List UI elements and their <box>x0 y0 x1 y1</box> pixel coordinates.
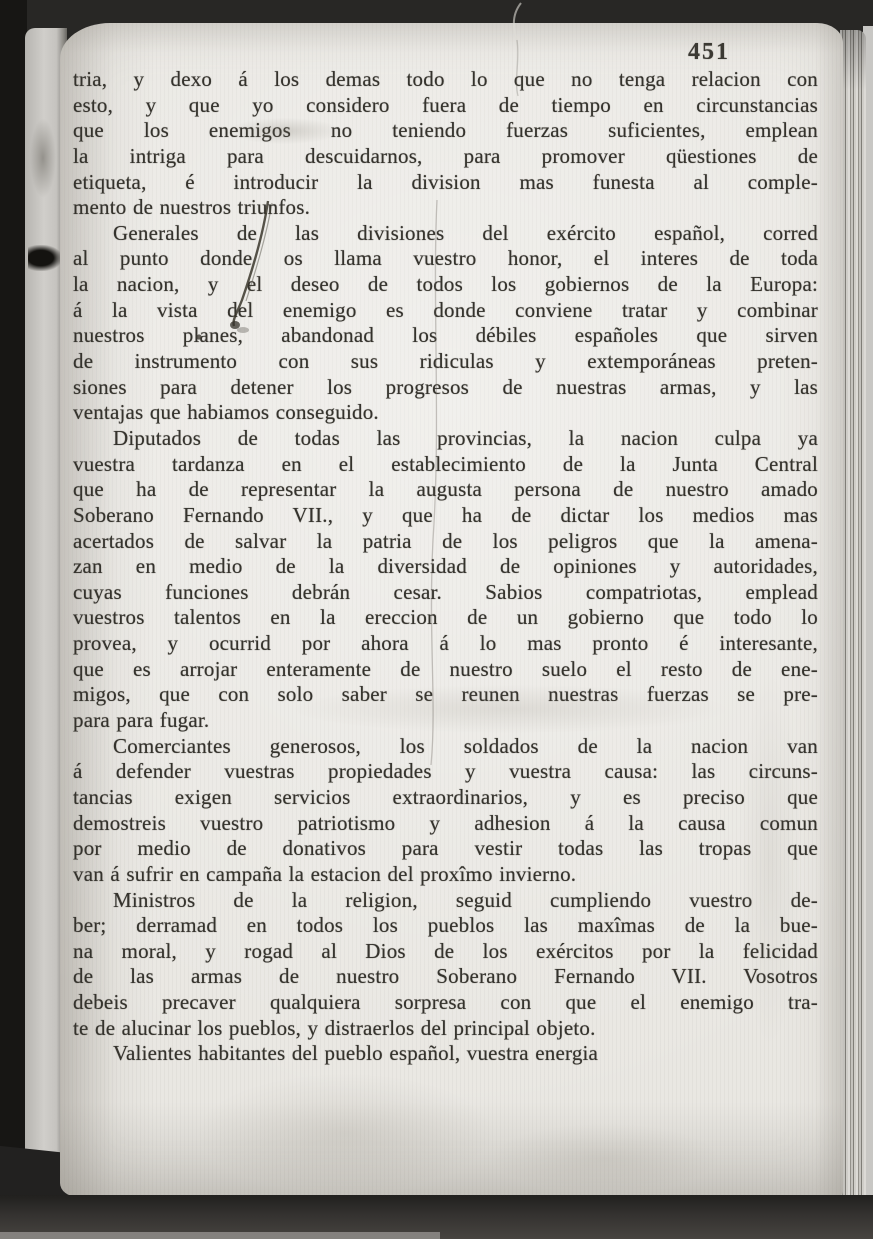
text-line: Diputados de todas las provincias, la na… <box>73 426 818 452</box>
text-line: al punto donde os llama vuestro honor, e… <box>73 246 818 272</box>
text-line: ber; derramad en todos los pueblos las m… <box>73 913 818 939</box>
text-line: tria, y dexo á los demas todo lo que no … <box>73 67 818 93</box>
text-line: cuyas funciones debrán cesar. Sabios com… <box>73 580 818 606</box>
text-line: van á sufrir en campaña la estacion del … <box>73 862 818 888</box>
book-scan: 451 tria, y dexo á los demas todo lo que… <box>0 0 873 1239</box>
text-line: zan en medio de la diversidad de opinion… <box>73 554 818 580</box>
text-line: tancias exigen servicios extraordinarios… <box>73 785 818 811</box>
paper-stain <box>195 1073 495 1193</box>
text-line: que los enemigos no teniendo fuerzas suf… <box>73 118 818 144</box>
text-line: acertados de salvar la patria de los pel… <box>73 529 818 555</box>
text-line: debeis precaver qualquiera sorpresa con … <box>73 990 818 1016</box>
text-line: te de alucinar los pueblos, y distraerlo… <box>73 1016 818 1042</box>
text-line: Comerciantes generosos, los soldados de … <box>73 734 818 760</box>
text-line: mento de nuestros triunfos. <box>73 195 818 221</box>
bottom-edge-highlight <box>0 1232 440 1239</box>
text-line: la intriga para descuidarnos, para promo… <box>73 144 818 170</box>
text-line: á la vista del enemigo es donde conviene… <box>73 298 818 324</box>
text-line: nuestros planes, abandonad los débiles e… <box>73 323 818 349</box>
text-line: provea, y ocurrid por ahora á lo mas pro… <box>73 631 818 657</box>
text-line: siones para detener los progresos de nue… <box>73 375 818 401</box>
page-number: 451 <box>688 39 730 66</box>
page-stack-edge <box>840 30 866 1203</box>
gutter-ink-blob <box>28 245 62 271</box>
text-line: que es arrojar enteramente de nuestro su… <box>73 657 818 683</box>
text-line: Soberano Fernando VII., y que ha de dict… <box>73 503 818 529</box>
text-line: vuestros talentos en la ereccion de un g… <box>73 605 818 631</box>
text-line: etiqueta, é introducir la division mas f… <box>73 170 818 196</box>
text-line: por medio de donativos para vestir todas… <box>73 836 818 862</box>
text-line: na moral, y rogad al Dios de los exércit… <box>73 939 818 965</box>
page-text-block: tria, y dexo á los demas todo lo que no … <box>73 67 818 1067</box>
text-line: la nacion, y el deseo de todos los gobie… <box>73 272 818 298</box>
text-line: demostreis vuestro patriotismo y adhesio… <box>73 811 818 837</box>
text-line: de instrumento con sus ridiculas y extem… <box>73 349 818 375</box>
text-line: Ministros de la religion, seguid cumplie… <box>73 888 818 914</box>
book-page: 451 tria, y dexo á los demas todo lo que… <box>60 23 843 1197</box>
text-line: ventajas que habiamos conseguido. <box>73 400 818 426</box>
text-line: de las armas de nuestro Soberano Fernand… <box>73 964 818 990</box>
text-line: esto, y que yo considero fuera de tiempo… <box>73 93 818 119</box>
text-line: á defender vuestras propiedades y vuestr… <box>73 759 818 785</box>
paper-stain <box>490 1123 720 1193</box>
text-line: que ha de representar la augusta persona… <box>73 477 818 503</box>
text-line: migos, que con solo saber se reunen nues… <box>73 682 818 708</box>
gutter-smudge <box>30 118 56 198</box>
text-line: vuestra tardanza en el establecimiento d… <box>73 452 818 478</box>
text-line: para para fugar. <box>73 708 818 734</box>
text-line: Generales de las divisiones del exército… <box>73 221 818 247</box>
book-spine-shadow <box>0 0 27 1239</box>
text-line: Valientes habitantes del pueblo español,… <box>73 1041 818 1067</box>
